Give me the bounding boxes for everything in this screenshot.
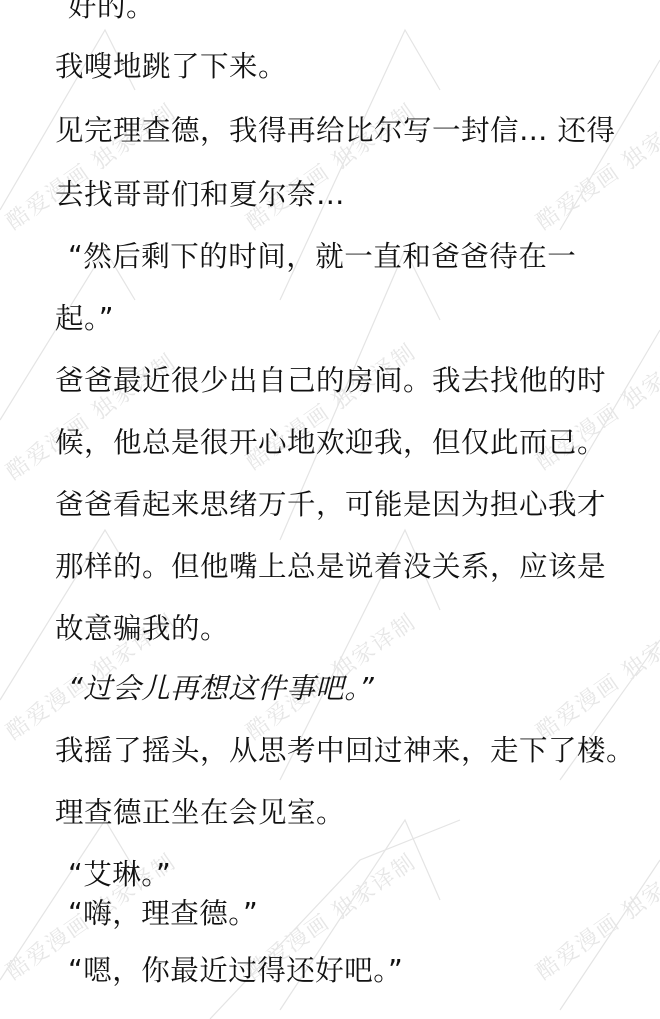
dialogue-line: “嗯，你最近过得还好吧。”: [68, 954, 403, 988]
text-line: 起。”: [55, 302, 114, 336]
text-line: “然后剩下的时间，就一直和爸爸待在一: [68, 240, 576, 274]
text-line: 故意骗我的。: [55, 612, 229, 646]
text-line: 好的。: [68, 0, 155, 24]
text-line: 我嗖地跳了下来。: [55, 50, 287, 84]
dialogue-line: “嗨，理查德。”: [68, 897, 258, 931]
text-line: 爸爸最近很少出自己的房间。我去找他的时: [55, 364, 606, 398]
text-line: 理查德正坐在会见室。: [55, 796, 345, 830]
text-line: 见完理查德，我得再给比尔写一封信… 还得: [55, 114, 616, 148]
text-line: 那样的。但他嘴上总是说着没关系，应该是: [55, 550, 606, 584]
text-line: 我摇了摇头，从思考中回过神来，走下了楼。: [55, 734, 635, 768]
text-line: 候，他总是很开心地欢迎我，但仅此而已。: [55, 426, 606, 460]
text-line: 去找哥哥们和夏尔奈…: [55, 178, 345, 212]
dialogue-line: “艾琳。”: [68, 858, 171, 892]
text-line: 爸爸看起来思绪万千，可能是因为担心我才: [55, 488, 606, 522]
thought-line: “过会儿再想这件事吧。”: [68, 672, 374, 706]
document-body: 好的。 我嗖地跳了下来。 见完理查德，我得再给比尔写一封信… 还得 去找哥哥们和…: [0, 0, 660, 1019]
